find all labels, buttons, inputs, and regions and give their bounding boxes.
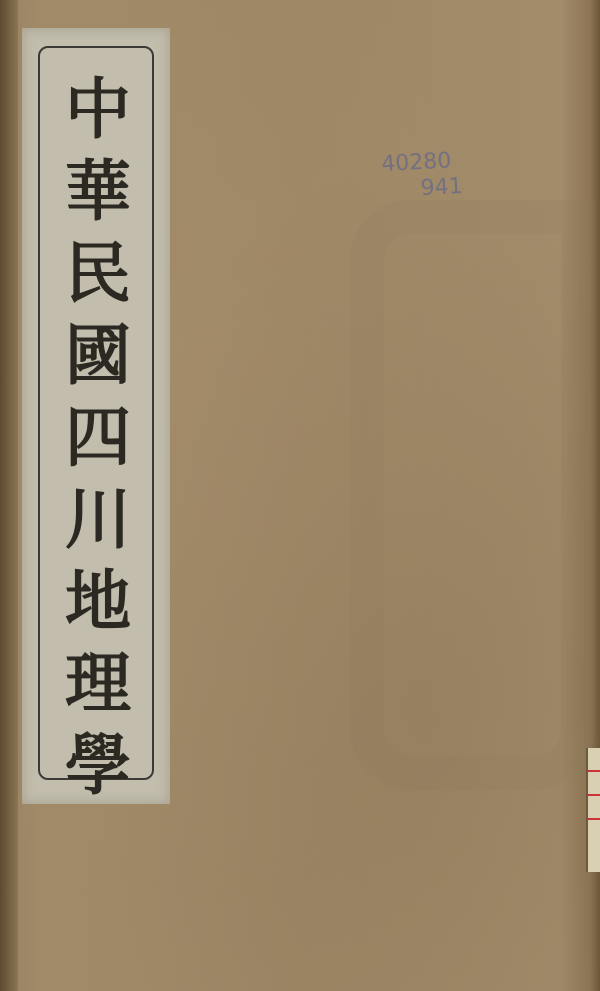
page-edge-tab <box>586 748 600 872</box>
title-char: 四 <box>40 396 156 478</box>
title-char: 學 <box>40 724 156 806</box>
watermark-stamp <box>350 200 595 790</box>
title-char: 中 <box>40 68 156 150</box>
title-char: 國 <box>40 314 156 396</box>
title-char: 民 <box>40 232 156 314</box>
title-label-frame: 中 華 民 國 四 川 地 理 學 <box>38 46 154 780</box>
book-title: 中 華 民 國 四 川 地 理 學 <box>40 68 156 806</box>
spine-edge <box>0 0 18 991</box>
title-char: 川 <box>40 478 156 560</box>
title-label: 中 華 民 國 四 川 地 理 學 <box>22 28 170 804</box>
book-cover: 中 華 民 國 四 川 地 理 學 40280 941 <box>0 0 600 991</box>
title-char: 地 <box>40 560 156 642</box>
handwritten-line: 941 <box>382 174 463 204</box>
title-char: 理 <box>40 642 156 724</box>
title-char: 華 <box>40 150 156 232</box>
handwritten-catalog-number: 40280 941 <box>381 148 464 204</box>
